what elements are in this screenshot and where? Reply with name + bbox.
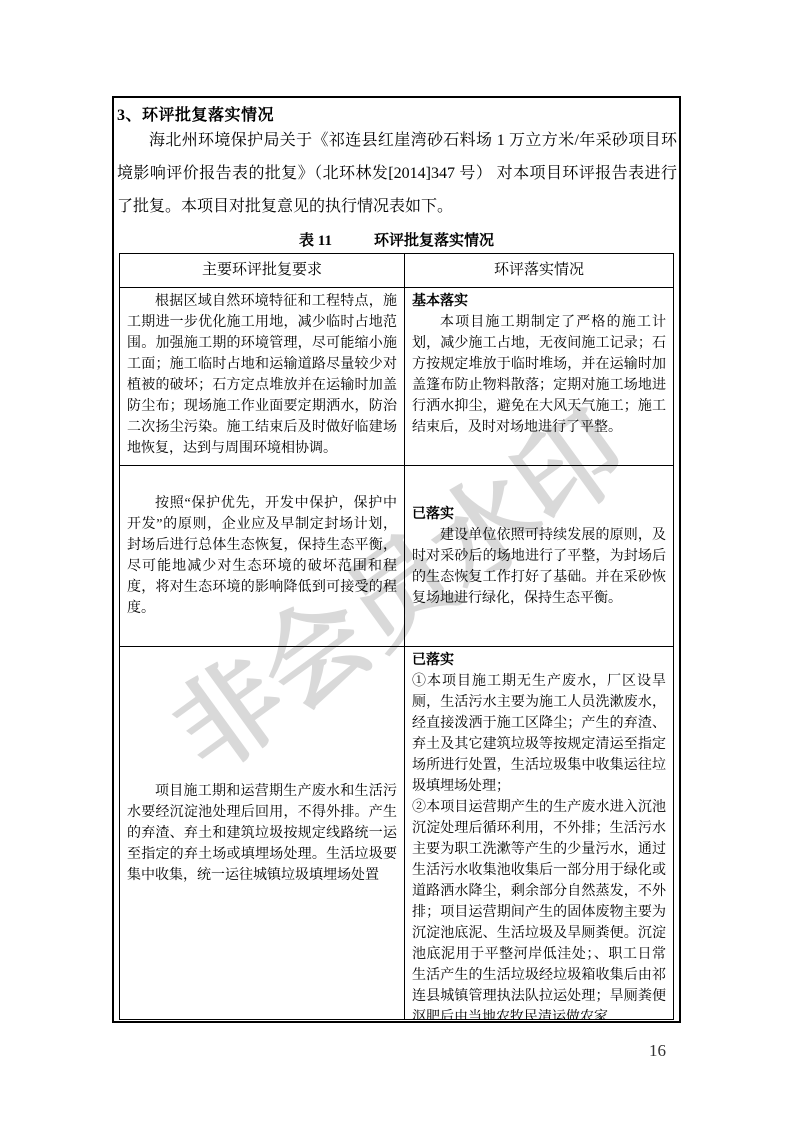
status-heading: 已落实 — [412, 650, 666, 671]
table-header-row: 主要环评批复要求 环评落实情况 — [120, 254, 673, 288]
status-item-1: ①本项目施工期无生产废水，厂区设旱厕，生活污水主要为施工人员洗漱废水，经直接泼洒… — [412, 671, 666, 797]
status-heading: 已落实 — [412, 504, 666, 525]
table-caption-title: 环评批复落实情况 — [374, 233, 494, 249]
table-row: 项目施工期和运营期生产废水和生活污水要经沉淀池处理后回用，不得外排。产生的弃渣、… — [120, 647, 673, 1019]
document-content-box: 3、环评批复落实情况 海北州环境保护局关于《祁连县红崖湾砂石料场 1 万立方米/… — [112, 96, 681, 1023]
header-cell-status: 环评落实情况 — [405, 254, 673, 287]
page-number: 16 — [649, 1041, 666, 1061]
requirement-cell: 按照“保护优先，开发中保护，保护中开发”的原则，企业应及早制定封场计划，封场后进… — [120, 466, 405, 646]
table-row: 根据区域自然环境特征和工程特点，施工期进一步优化施工用地，减少临时占地范围。加强… — [120, 288, 673, 466]
table-caption: 表 11环评批复落实情况 — [114, 229, 679, 250]
requirement-text: 项目施工期和运营期生产废水和生活污水要经沉淀池处理后回用，不得外排。产生的弃渣、… — [127, 781, 397, 886]
requirement-text: 按照“保护优先，开发中保护，保护中开发”的原则，企业应及早制定封场计划，封场后进… — [127, 493, 397, 619]
approval-implementation-table: 主要环评批复要求 环评落实情况 根据区域自然环境特征和工程特点，施工期进一步优化… — [119, 253, 674, 1020]
requirement-text: 根据区域自然环境特征和工程特点，施工期进一步优化施工用地，减少临时占地范围。加强… — [127, 291, 397, 459]
requirement-cell: 项目施工期和运营期生产废水和生活污水要经沉淀池处理后回用，不得外排。产生的弃渣、… — [120, 647, 405, 1019]
status-text: 建设单位依照可持续发展的原则，及时对采砂后的场地进行了平整，为封场后的生态恢复工… — [412, 525, 666, 609]
table-caption-label: 表 11 — [299, 233, 332, 249]
status-cell: 已落实 建设单位依照可持续发展的原则，及时对采砂后的场地进行了平整，为封场后的生… — [405, 466, 673, 646]
header-cell-requirement: 主要环评批复要求 — [120, 254, 405, 287]
status-cell: 基本落实 本项目施工期制定了严格的施工计划，减少施工占地，无夜间施工记录；石方按… — [405, 288, 673, 465]
status-cell: 已落实 ①本项目施工期无生产废水，厂区设旱厕，生活污水主要为施工人员洗漱废水，经… — [405, 647, 673, 1019]
section-intro-paragraph: 海北州环境保护局关于《祁连县红崖湾砂石料场 1 万立方米/年采砂项目环境影响评价… — [117, 124, 677, 223]
table-row: 按照“保护优先，开发中保护，保护中开发”的原则，企业应及早制定封场计划，封场后进… — [120, 466, 673, 647]
section-title: 3、环评批复落实情况 — [117, 102, 274, 125]
status-text: 本项目施工期制定了严格的施工计划，减少施工占地，无夜间施工记录；石方按规定堆放于… — [412, 312, 666, 438]
requirement-cell: 根据区域自然环境特征和工程特点，施工期进一步优化施工用地，减少临时占地范围。加强… — [120, 288, 405, 465]
status-item-2: ②本项目运营期产生的生产废水进入沉池沉淀处理后循环利用，不外排；生活污水主要为职… — [412, 797, 666, 1019]
status-heading: 基本落实 — [412, 291, 666, 312]
